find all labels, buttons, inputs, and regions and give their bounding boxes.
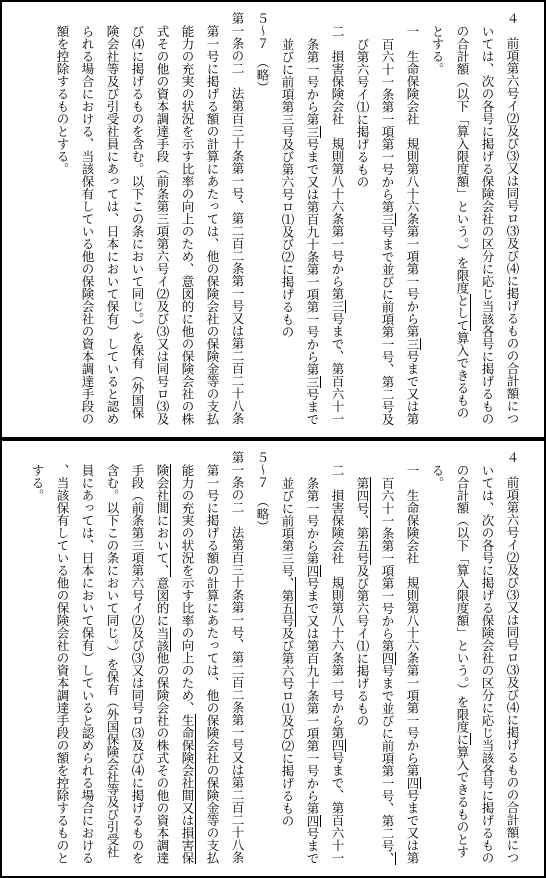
text-column: び第六号イ⑴に掲げるもの [349, 12, 374, 433]
text-column: 険会社等及び引受社員にあっては、日本において保有）していると認め [99, 12, 124, 433]
text-column: 第四号、第五号及び第六号イ⑴に掲げるもの [349, 451, 374, 872]
text-segment: 並びに前項第三号 [280, 477, 294, 577]
text-segment: 二 損害保険会社 規則第八十六条第一号から第 [330, 464, 344, 739]
text-column: 険会社間において、意図的に当該他の保険会社の株式その他の資本調達 [149, 451, 174, 872]
text-segment: られる場合における、当該保有している他の保険会社の資本調達手段の [80, 25, 94, 425]
text-segment: ５〜７ （略） [255, 451, 269, 532]
text-column: 式その他の資本調達手段（前条第三項第六号イ⑵及び⑶又は同号ロ⑶及 [149, 12, 174, 433]
text-column: いては、次の各号に掲げる保険会社の区分に応じ当該各号に掲げるもの [474, 451, 499, 872]
revision-underlined-text: 四 [405, 777, 421, 790]
revision-underlined-text: に [455, 733, 471, 746]
page-bottom-panel: ４ 前項第六号イ⑵及び⑶又は同号ロ⑶及び⑷に掲げるものの合計額については、次の各… [2, 441, 544, 876]
text-column: 第一号に掲げる額の計算にあたっては、他の保険会社の保険金等の支払 [199, 12, 224, 433]
text-segment: 号まで、第百六十一 [330, 752, 344, 865]
text-column: び⑷に掲げるものを含む。以下この条において同じ。）を保有（外国保 [124, 12, 149, 433]
revision-underlined-text: 当該 [155, 627, 171, 652]
text-segment: 百六十一条第一項第一号から第 [380, 38, 394, 213]
revision-underlined-text: 四 [330, 739, 346, 752]
text-segment: ４ 前項第六号イ⑵及び⑶又は同号ロ⑶及び⑷に掲げるものの合計額につ [505, 12, 519, 425]
document-frame: ４ 前項第六号イ⑵及び⑶又は同号ロ⑶及び⑷に掲げるものの合計額については、次の各… [0, 0, 546, 878]
text-segment: いては、次の各号に掲げる保険会社の区分に応じ当該各号に掲げるもの [480, 464, 494, 864]
text-column: する。 [24, 451, 49, 872]
text-segment: 額を控除するものとする。 [55, 25, 69, 175]
text-segment: 意図的に [155, 577, 169, 627]
text-column: ４ 前項第六号イ⑵及び⑶又は同号ロ⑶及び⑷に掲げるものの合計額につ [499, 451, 524, 872]
text-column: 並びに前項第三号、第五号及び第六号ロ⑴及び⑵に掲げるもの [274, 451, 299, 872]
text-column: 二 損害保険会社 規則第八十六条第一号から第四号まで、第百六十一 [324, 451, 349, 872]
text-segment: 能力の充実の状況を示す比率の向上のため、意図的に他の保険会社の株 [180, 25, 194, 425]
text-segment: 式その他の資本調達手段（前条第三項第六号イ⑵及び⑶又は同号ロ⑶及 [155, 25, 169, 425]
text-column: 百六十一条第一項第一号から第三号まで並びに前項第一号、第二号及 [374, 12, 399, 433]
text-segment: ４ 前項第六号イ⑵及び⑶又は同号ロ⑶及び⑷に掲げるものの合計額につ [505, 451, 519, 864]
text-segment: 第一条の二 法第百三十条第一号、第二百二条第一号又は第二百二十八条 [230, 451, 244, 864]
text-segment: とする。 [430, 25, 444, 75]
revision-underlined-text: として [455, 294, 471, 332]
revision-underlined-text: 三 [305, 126, 321, 139]
text-segment: 百六十一条第一項第一号から第 [380, 477, 394, 652]
text-column: 額を控除するものとする。 [49, 12, 74, 433]
text-segment: の合計額（以下「算入限度額」という。）を限度 [455, 25, 469, 294]
text-column: ４ 前項第六号イ⑵及び⑶又は同号ロ⑶及び⑷に掲げるものの合計額につ [499, 12, 524, 433]
text-segment: 二 損害保険会社 規則第八十六条第一号から第 [330, 25, 344, 300]
revision-underlined-text: 、 [380, 852, 396, 865]
text-column: の合計額（以下「算入限度額」という。）を限度に算入できるものとす [449, 451, 474, 872]
text-segment: る。 [430, 464, 444, 489]
text-column: られる場合における、当該保有している他の保険会社の資本調達手段の [74, 12, 99, 433]
text-segment: び⑷に掲げるものを含む。以下この条において同じ。）を保有（外国保 [130, 25, 144, 419]
text-segment: いては、次の各号に掲げる保険会社の区分に応じ当該各号に掲げるもの [480, 25, 494, 425]
text-segment: 算入できるものとす [455, 745, 469, 858]
text-segment: 手段（前条第三項第六号イ⑵及び⑶又は同号ロ⑶及び⑷に掲げるものを [130, 464, 144, 864]
revision-underlined-text: 生命保険会社間又は損害保 [180, 714, 196, 864]
text-segment: の合計額（以下「算入限度額」という。）を限度 [455, 464, 469, 733]
text-column: 並びに前項第三号及び第六号ロ⑴及び⑵に掲げるもの [274, 12, 299, 433]
revision-underlined-text: 三 [305, 376, 321, 389]
text-column: ５〜７ （略） [249, 451, 274, 872]
text-segment: 号まで [305, 388, 319, 426]
revision-underlined-text: 四 [380, 652, 396, 665]
text-column: 第一条の二 法第百三十条第一号、第二百二条第一号又は第二百二十八条 [224, 12, 249, 433]
text-segment: 号まで又は第 [405, 350, 419, 425]
revision-underlined-text: 四 [305, 565, 321, 578]
text-segment: ５〜７ （略） [255, 12, 269, 93]
text-column: 条第一号から第三号まで又は第百九十条第一項第一号から第三号まで [299, 12, 324, 433]
text-column: 能力の充実の状況を示す比率の向上のため、生命保険会社間又は損害保 [174, 451, 199, 872]
text-segment: 号まで又は第百九十条第一項第一号から第 [305, 138, 319, 376]
text-segment: 算入できるもの [455, 331, 469, 419]
text-segment: 員にあっては、日本において保有）していると認められる場合における [80, 464, 94, 864]
text-column: 員にあっては、日本において保有）していると認められる場合における [74, 451, 99, 872]
text-column: 一 生命保険会社 規則第八十六条第一項第一号から第四号まで又は第 [399, 451, 424, 872]
text-segment: 条第一号から第 [305, 477, 319, 565]
text-segment: 条第一号から第 [305, 38, 319, 126]
text-column: の合計額（以下「算入限度額」という。）を限度として算入できるもの [449, 12, 474, 433]
text-segment: び第六号イ⑴に掲げるもの [355, 38, 369, 188]
text-column: 含む。以下この条において同じ。）を保有（外国保険会社等及び引受社 [99, 451, 124, 872]
text-segment: 能力の充実の状況を示す比率の向上のため、 [180, 464, 194, 714]
text-segment: 険会社等及び引受社員にあっては、日本において保有）していると認め [105, 25, 119, 425]
text-segment: 並びに前項第三号及び第六号ロ⑴及び⑵に掲げるもの [280, 38, 294, 338]
text-segment: 号まで又は第百九十条第一項第一号から第 [305, 577, 319, 815]
text-segment: 及び第六号イ⑴に掲げるもの [355, 565, 369, 728]
text-column: 手段（前条第三項第六号イ⑵及び⑶又は同号ロ⑶及び⑷に掲げるものを [124, 451, 149, 872]
revision-underlined-text: 、第五号 [280, 577, 296, 627]
text-segment: 号まで、第百六十一 [330, 313, 344, 426]
text-column: 二 損害保険会社 規則第八十六条第一号から第三号まで、第百六十一 [324, 12, 349, 433]
text-segment: 、当該保有している他の保険会社の資本調達手段の額を控除するものと [55, 464, 69, 864]
revision-underlined-text: 険会社間において、 [155, 464, 171, 577]
text-segment: 及び第六号ロ⑴及び⑵に掲げるもの [280, 627, 294, 827]
text-column: 能力の充実の状況を示す比率の向上のため、意図的に他の保険会社の株 [174, 12, 199, 433]
text-column: 百六十一条第一項第一号から第四号まで並びに前項第一号、第二号、 [374, 451, 399, 872]
text-segment: 含む。以下この条において同じ。）を保有（外国保険会社等及び引受社 [105, 464, 119, 858]
revision-underlined-text: 第四号、第五号 [355, 477, 371, 565]
revision-underlined-text: 三 [380, 213, 396, 226]
text-segment: 号まで並びに前項第一号、第二号及 [380, 226, 394, 426]
text-column: る。 [424, 451, 449, 872]
revision-underlined-text: 四 [305, 815, 321, 828]
text-column: いては、次の各号に掲げる保険会社の区分に応じ当該各号に掲げるもの [474, 12, 499, 433]
text-column: とする。 [424, 12, 449, 433]
text-segment: 一 生命保険会社 規則第八十六条第一項第一号から第 [405, 25, 419, 338]
text-column: 第一号に掲げる額の計算にあたっては、他の保険会社の保険金等の支払 [199, 451, 224, 872]
text-column: 条第一号から第四号まで又は第百九十条第一項第一号から第四号まで [299, 451, 324, 872]
text-segment: 号まで [305, 827, 319, 865]
text-segment: 他の保険会社の株式その他の資本調達 [155, 652, 169, 865]
page-top-panel: ４ 前項第六号イ⑵及び⑶又は同号ロ⑶及び⑷に掲げるものの合計額については、次の各… [2, 2, 544, 437]
text-segment: 第一条の二 法第百三十条第一号、第二百二条第一号又は第二百二十八条 [230, 12, 244, 425]
text-segment: する。 [30, 464, 44, 502]
text-segment: 号まで又は第 [405, 789, 419, 864]
text-column: 一 生命保険会社 規則第八十六条第一項第一号から第三号まで又は第 [399, 12, 424, 433]
text-segment: 第一号に掲げる額の計算にあたっては、他の保険会社の保険金等の支払 [205, 25, 219, 425]
text-column: 、当該保有している他の保険会社の資本調達手段の額を控除するものと [49, 451, 74, 872]
text-segment: 号まで並びに前項第一号、第二号 [380, 665, 394, 853]
text-column: ５〜７ （略） [249, 12, 274, 433]
revision-underlined-text: 三 [405, 338, 421, 351]
text-column: 第一条の二 法第百三十条第一号、第二百二条第一号又は第二百二十八条 [224, 451, 249, 872]
revision-underlined-text: 三 [330, 300, 346, 313]
text-segment: 第一号に掲げる額の計算にあたっては、他の保険会社の保険金等の支払 [205, 464, 219, 864]
text-segment: 一 生命保険会社 規則第八十六条第一項第一号から第 [405, 464, 419, 777]
